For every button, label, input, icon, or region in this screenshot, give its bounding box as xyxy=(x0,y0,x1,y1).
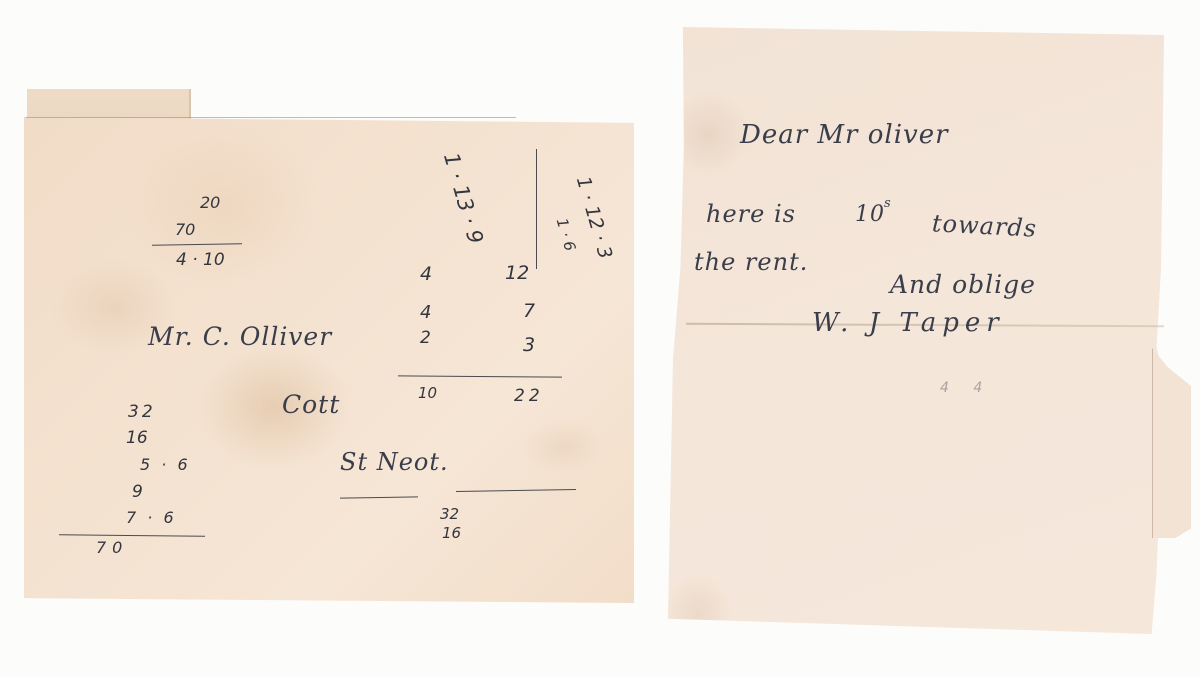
envelope-sum-b: 70 xyxy=(175,220,195,239)
envelope-bottom-center-1: 32 xyxy=(440,505,459,523)
envelope-col-right-total: 22 xyxy=(514,386,544,406)
note-line2-end: And oblige xyxy=(890,270,1036,299)
envelope-bottom-col-4: 9 xyxy=(132,482,143,502)
note-line1-start: here is xyxy=(706,200,796,228)
envelope-fold-line xyxy=(26,117,516,118)
envelope-bottom-col-total: 70 xyxy=(96,538,128,557)
envelope-address-name: Mr. C. Olliver xyxy=(148,322,332,351)
envelope-col-right-2: 7 xyxy=(523,300,535,322)
envelope-col-left-3: 2 xyxy=(420,328,431,348)
envelope-col-right-3: 3 xyxy=(523,334,535,356)
note-side-flap xyxy=(1152,348,1191,538)
note-line2-start: the rent. xyxy=(694,248,808,276)
envelope-bottom-center-2: 16 xyxy=(442,524,461,542)
note-salutation: Dear Mr oliver xyxy=(740,120,949,150)
envelope-col-left-1: 4 xyxy=(420,263,432,285)
envelope-bottom-col-2: 16 xyxy=(126,428,148,448)
note-line1-superscript: s xyxy=(884,196,892,211)
note-signature: W. J Taper xyxy=(812,308,1005,338)
envelope-sum-a: 20 xyxy=(200,193,220,212)
envelope-bottom-col-1: 32 xyxy=(128,402,156,422)
photo-scene: 20 70 4 · 10 1 · 13 · 9 1 · 12 · 3 1 · 6… xyxy=(0,0,1200,678)
envelope-bottom-col-3: 5 · 6 xyxy=(140,455,191,474)
envelope-bottom-col-5: 7 · 6 xyxy=(126,508,177,527)
envelope-col-left-total: 10 xyxy=(418,384,437,402)
envelope-vertical-rule xyxy=(536,149,537,269)
note-faint-mark: 4 4 xyxy=(940,380,992,396)
envelope-address-line2: Cott xyxy=(282,390,340,419)
note-line1-end: towards xyxy=(931,209,1037,242)
envelope-sum-result: 4 · 10 xyxy=(176,250,225,270)
envelope-col-left-2: 4 xyxy=(420,302,431,323)
envelope-address-line3: St Neot. xyxy=(340,448,449,476)
note-line1-amount: 10 xyxy=(855,202,885,227)
envelope xyxy=(24,117,634,603)
envelope-col-right-1: 12 xyxy=(505,262,529,284)
